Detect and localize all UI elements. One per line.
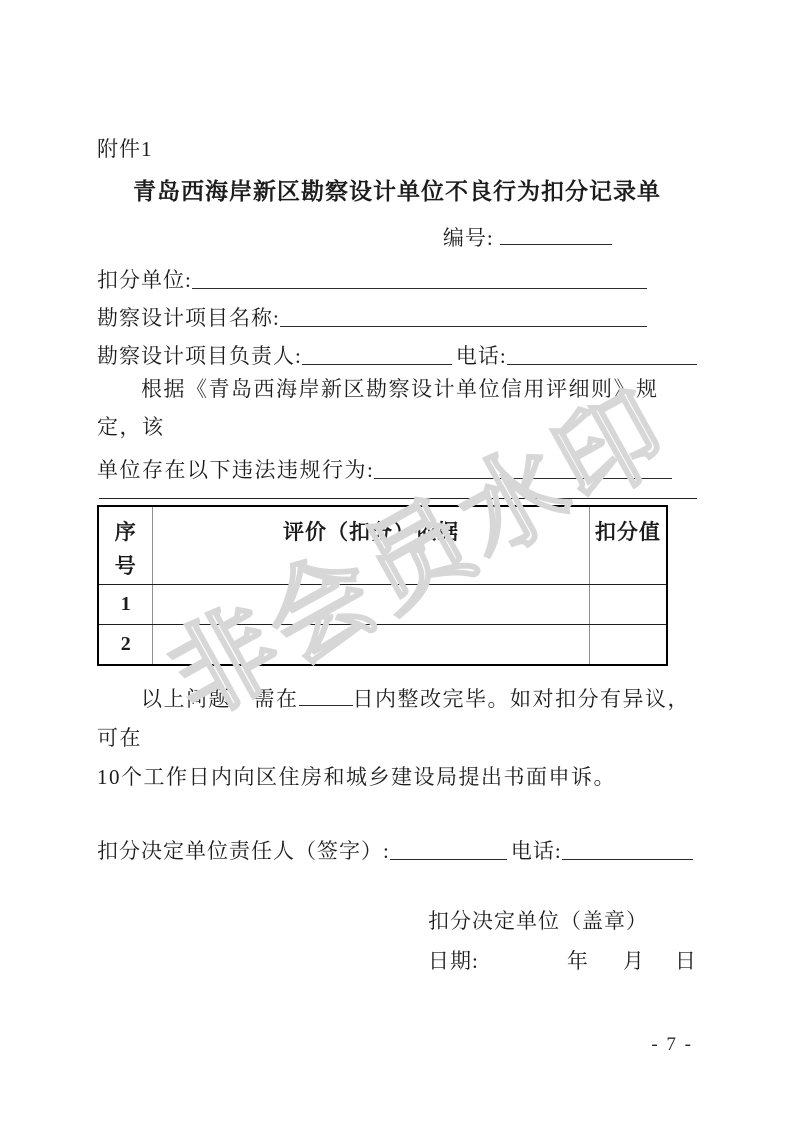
signature-blank-line	[390, 859, 507, 860]
notice-line1-pre: 以上问题，需在	[141, 687, 299, 711]
month-label: 月	[623, 949, 645, 973]
document-page: 附件1 青岛西海岸新区勘察设计单位不良行为扣分记录单 编号: 扣分单位: 勘察设…	[0, 0, 793, 1122]
intro-line-2: 单位存在以下违法违规行为:	[97, 446, 697, 484]
signature-row: 扣分决定单位责任人（签字）: 电话:	[97, 825, 697, 865]
deduction-unit-row: 扣分单位:	[97, 256, 697, 294]
phone-blank-line	[507, 364, 697, 365]
project-manager-row: 勘察设计项目负责人: 电话:	[97, 332, 697, 370]
form-fields: 扣分单位: 勘察设计项目名称: 勘察设计项目负责人: 电话:	[97, 256, 697, 370]
notice-line-2: 10个工作日内向区住房和城乡建设局提出书面申诉。	[97, 758, 697, 797]
project-manager-label: 勘察设计项目负责人:	[97, 340, 302, 370]
cell-basis-2	[153, 625, 589, 665]
stamp-block: 扣分决定单位（盖章） 日期:年月日	[428, 901, 697, 981]
notice-paragraph: 以上问题，需在日内整改完毕。如对扣分有异议，可在 10个工作日内向区住房和城乡建…	[97, 680, 697, 797]
days-blank-line	[299, 705, 353, 706]
cell-value-1	[589, 585, 667, 625]
table-header-row: 序号 评价（扣分）依据 扣分值	[98, 506, 667, 585]
violation-continuation-line	[99, 498, 697, 499]
intro-line-1: 根据《青岛西海岸新区勘察设计单位信用评细则》规定，该	[97, 370, 697, 446]
responsible-person-label: 扣分决定单位责任人（签字）:	[97, 835, 390, 865]
signature-phone-label: 电话:	[511, 835, 562, 865]
stamp-unit-label: 扣分决定单位（盖章）	[428, 901, 697, 941]
page-title: 青岛西海岸新区勘察设计单位不良行为扣分记录单	[97, 176, 697, 206]
cell-serial-1: 1	[98, 585, 153, 625]
violation-blank-line	[374, 478, 672, 479]
attachment-label: 附件1	[97, 136, 697, 162]
cell-value-2	[589, 625, 667, 665]
number-row: 编号:	[97, 222, 697, 250]
deduction-unit-label: 扣分单位:	[97, 264, 192, 294]
document-content: 附件1 青岛西海岸新区勘察设计单位不良行为扣分记录单 编号: 扣分单位: 勘察设…	[97, 0, 697, 981]
header-serial-number: 序号	[98, 506, 153, 585]
page-number: - 7 -	[0, 1034, 793, 1056]
day-label: 日	[675, 949, 697, 973]
phone-label: 电话:	[456, 340, 507, 370]
header-evaluation-basis: 评价（扣分）依据	[153, 506, 589, 585]
cell-basis-1	[153, 585, 589, 625]
project-name-row: 勘察设计项目名称:	[97, 294, 697, 332]
table-row: 1	[98, 585, 667, 625]
violation-label: 单位存在以下违法违规行为:	[97, 454, 374, 484]
table-row: 2	[98, 625, 667, 665]
deduction-unit-blank-line	[192, 288, 647, 289]
date-label: 日期:	[428, 949, 479, 973]
deduction-table: 序号 评价（扣分）依据 扣分值 1 2	[97, 505, 668, 666]
year-label: 年	[567, 949, 589, 973]
signature-phone-blank-line	[562, 859, 693, 860]
number-blank-line	[500, 244, 612, 245]
project-manager-blank-line	[302, 364, 452, 365]
cell-serial-2: 2	[98, 625, 153, 665]
number-label: 编号:	[443, 226, 494, 250]
project-name-label: 勘察设计项目名称:	[97, 302, 280, 332]
stamp-date-row: 日期:年月日	[428, 941, 697, 981]
notice-line-1: 以上问题，需在日内整改完毕。如对扣分有异议，可在	[97, 680, 697, 758]
header-deduction-value: 扣分值	[589, 506, 667, 585]
project-name-blank-line	[280, 326, 647, 327]
